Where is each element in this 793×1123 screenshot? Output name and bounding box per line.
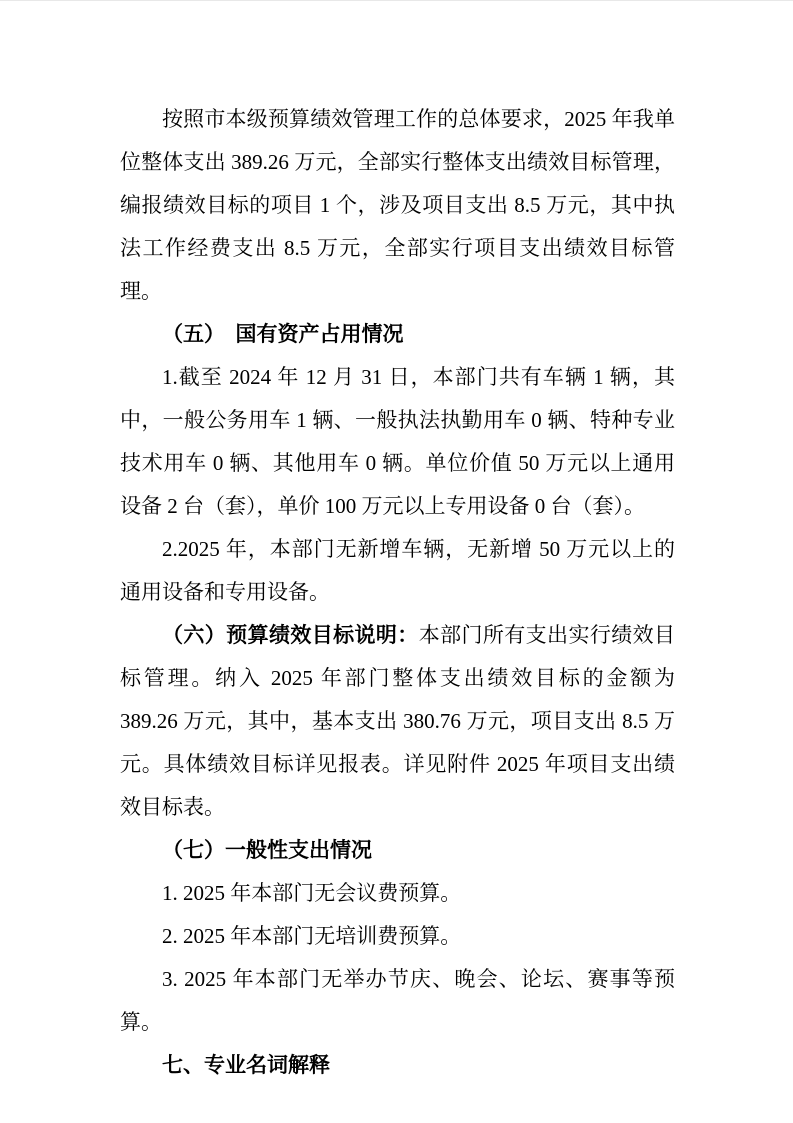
heading-section-5-state-assets: （五） 国有资产占用情况 [120, 313, 675, 356]
heading-section-7-general-expenditure: （七）一般性支出情况 [120, 829, 675, 872]
paragraph-budget-performance-target: （六）预算绩效目标说明：本部门所有支出实行绩效目标管理。纳入 2025 年部门整… [120, 614, 675, 829]
paragraph-lead-section-6-label: （六）预算绩效目标说明： [162, 624, 419, 647]
paragraph-budget-performance-target-body: 本部门所有支出实行绩效目标管理。纳入 2025 年部门整体支出绩效目标的金额为 … [120, 623, 680, 819]
heading-chapter-7-terminology: 七、专业名词解释 [120, 1044, 675, 1087]
document-page: 按照市本级预算绩效管理工作的总体要求，2025 年我单位整体支出 389.26 … [0, 0, 793, 1123]
list-item-no-meeting-budget: 1. 2025 年本部门无会议费预算。 [120, 872, 675, 915]
paragraph-vehicles-and-equipment: 1.截至 2024 年 12 月 31 日，本部门共有车辆 1 辆，其中，一般公… [120, 356, 675, 528]
document-content: 按照市本级预算绩效管理工作的总体要求，2025 年我单位整体支出 389.26 … [120, 98, 675, 1087]
paragraph-performance-management-overview: 按照市本级预算绩效管理工作的总体要求，2025 年我单位整体支出 389.26 … [120, 98, 675, 313]
paragraph-no-new-vehicles-2025: 2.2025 年，本部门无新增车辆，无新增 50 万元以上的通用设备和专用设备。 [120, 528, 675, 614]
list-item-no-events-budget: 3. 2025 年本部门无举办节庆、晚会、论坛、赛事等预算。 [120, 958, 675, 1044]
list-item-no-training-budget: 2. 2025 年本部门无培训费预算。 [120, 915, 675, 958]
